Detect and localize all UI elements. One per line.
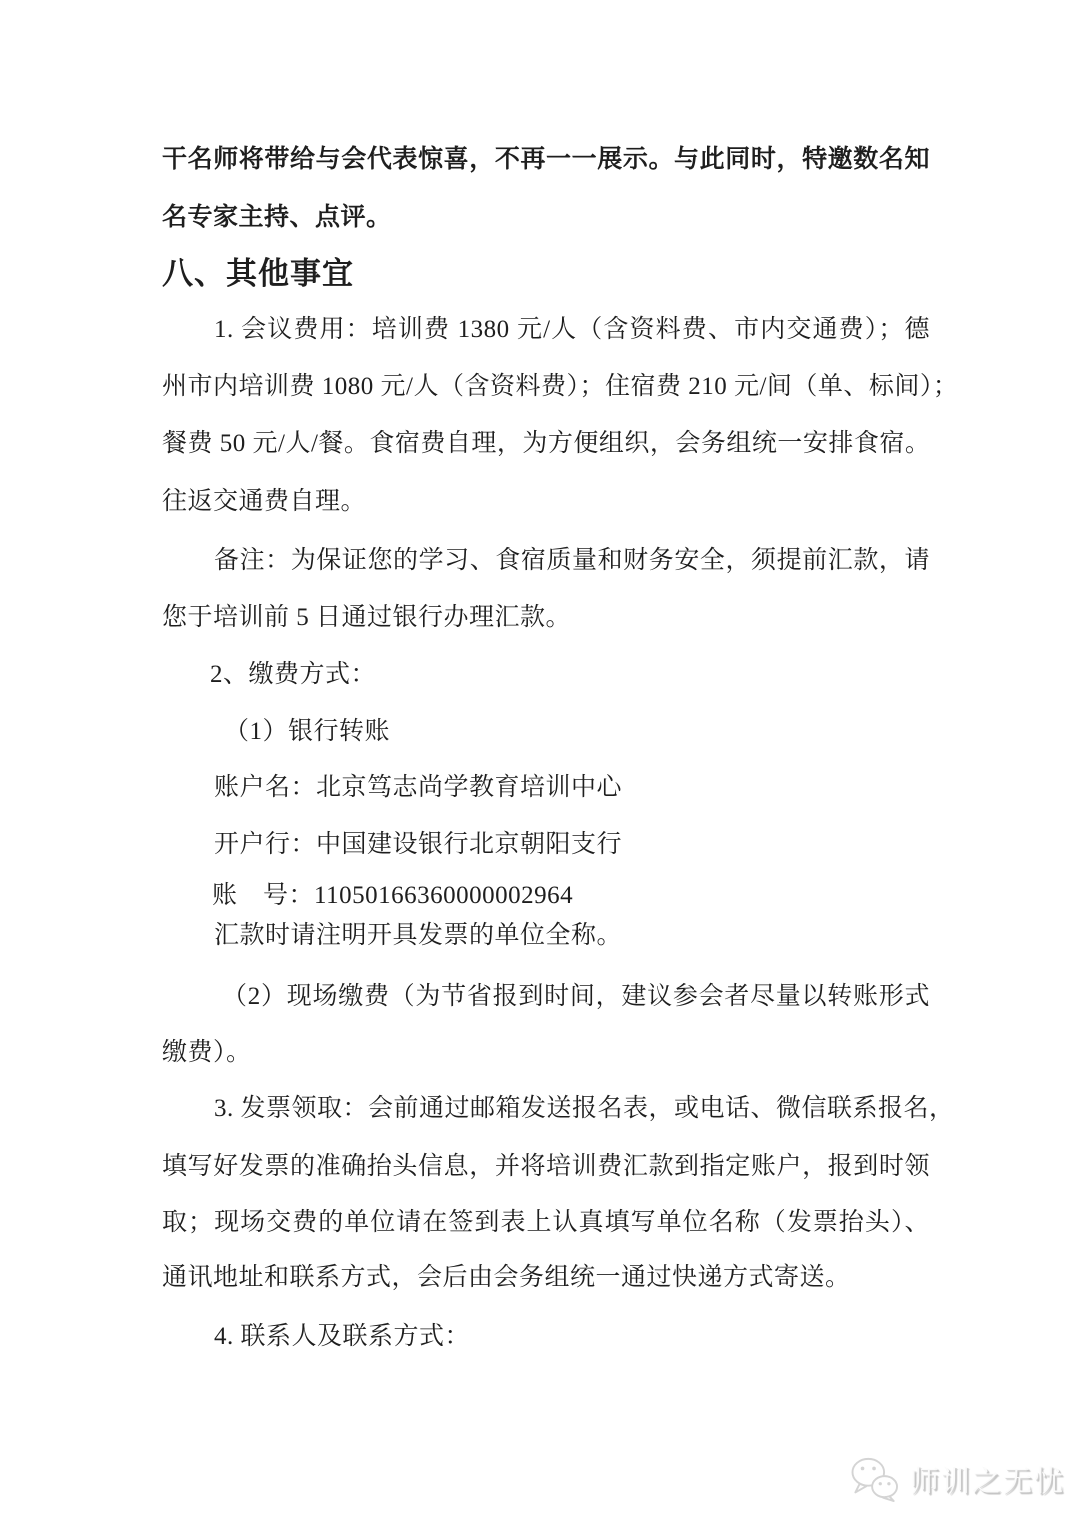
section-heading: 八、其他事宜 — [162, 256, 930, 292]
text-line: （2）现场缴费（为节省报到时间，建议参会者尽量以转账形式 — [222, 981, 930, 1013]
text-line: 取；现场交费的单位请在签到表上认真填写单位名称（发票抬头）、 — [162, 1207, 930, 1239]
text-line: 名专家主持、点评。 — [162, 202, 930, 234]
text-line: 州市内培训费 1080 元/人（含资料费）；住宿费 210 元/间（单、标间）； — [162, 371, 930, 403]
text-line: 账户名：北京笃志尚学教育培训中心 — [214, 772, 930, 804]
text-line: （1）银行转账 — [224, 716, 930, 748]
text-line: 账 号：11050166360000002964 — [212, 880, 930, 912]
text-line: 餐费 50 元/人/餐。食宿费自理，为方便组织，会务组统一安排食宿。 — [162, 428, 930, 460]
text-line: 1. 会议费用：培训费 1380 元/人（含资料费、市内交通费）；德 — [214, 314, 930, 346]
text-line: 2、缴费方式： — [210, 659, 930, 691]
text-line: 4. 联系人及联系方式： — [214, 1321, 930, 1353]
wechat-logo-icon — [850, 1456, 900, 1502]
text-line: 通讯地址和联系方式，会后由会务组统一通过快递方式寄送。 — [162, 1262, 930, 1294]
text-line: 填写好发票的准确抬头信息，并将培训费汇款到指定账户，报到时领 — [162, 1151, 930, 1183]
text-line: 缴费）。 — [162, 1037, 930, 1069]
watermark-label: 师训之无忧 — [910, 1459, 1065, 1500]
text-line: 3. 发票领取：会前通过邮箱发送报名表，或电话、微信联系报名， — [214, 1093, 930, 1125]
text-line: 备注：为保证您的学习、食宿质量和财务安全，须提前汇款，请 — [214, 545, 930, 577]
text-line: 干名师将带给与会代表惊喜，不再一一展示。与此同时，特邀数名知 — [162, 144, 930, 176]
text-line: 汇款时请注明开具发票的单位全称。 — [214, 920, 930, 952]
text-line: 开户行：中国建设银行北京朝阳支行 — [214, 829, 930, 861]
document-body: 干名师将带给与会代表惊喜，不再一一展示。与此同时，特邀数名知名专家主持、点评。八… — [0, 0, 1080, 1527]
text-line: 往返交通费自理。 — [162, 486, 930, 518]
text-line: 您于培训前 5 日通过银行办理汇款。 — [162, 602, 930, 634]
watermark: 师训之无忧 — [850, 1456, 1065, 1502]
document-page: 干名师将带给与会代表惊喜，不再一一展示。与此同时，特邀数名知名专家主持、点评。八… — [0, 0, 1080, 1527]
